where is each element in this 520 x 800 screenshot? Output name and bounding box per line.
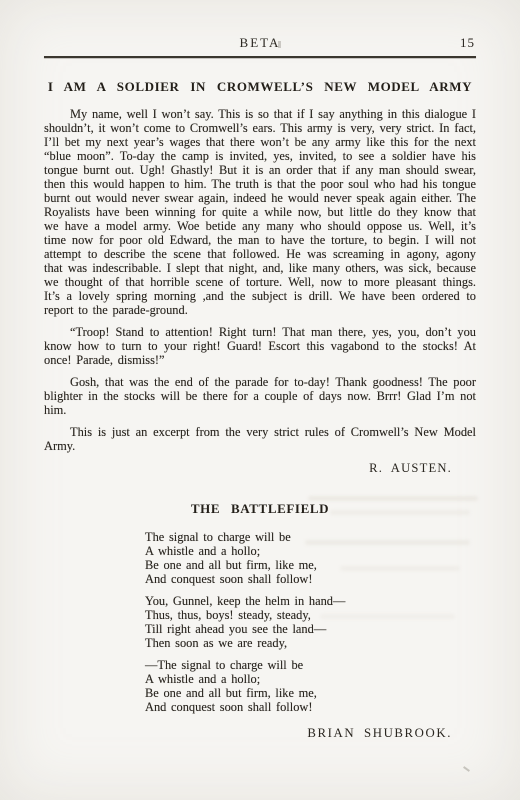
header-rule [44, 56, 476, 58]
poem-line: Be one and all but firm, like me, [145, 558, 476, 572]
poem-line: Be one and all but firm, like me, [145, 686, 476, 700]
article-paragraph-1: My name, well I won’t say. This is so th… [44, 107, 476, 317]
poem-line: And conquest soon shall follow! [145, 700, 476, 714]
article-paragraph-3: Gosh, that was the end of the parade for… [44, 375, 476, 417]
poem-line: —The signal to charge will be [145, 658, 476, 672]
article-title: I AM A SOLDIER IN CROMWELL’S NEW MODEL A… [44, 79, 476, 94]
poem-stanza-2: You, Gunnel, keep the helm in hand— Thus… [145, 594, 476, 650]
poem-line: And conquest soon shall follow! [145, 572, 476, 586]
article-byline: R. AUSTEN. [44, 461, 452, 475]
poem-line: The signal to charge will be [145, 530, 476, 544]
article-paragraph-4: This is just an excerpt from the very st… [44, 425, 476, 453]
page-content: BETA 15 I AM A SOLDIER IN CROMWELL’S NEW… [0, 0, 520, 740]
article-paragraph-2: “Troop! Stand to attention! Right turn! … [44, 325, 476, 367]
poem-byline: BRIAN SHUBROOK. [44, 726, 452, 740]
poem-line: Thus, thus, boys! steady, steady, [145, 608, 476, 622]
poem-line: A whistle and a hollo; [145, 544, 476, 558]
scan-artifact [463, 766, 470, 772]
journal-title: BETA [44, 35, 476, 50]
poem-line: Then soon as we are ready, [145, 636, 476, 650]
poem: The signal to charge will be A whistle a… [145, 530, 476, 714]
poem-line: Till right ahead you see the land— [145, 622, 476, 636]
page-header: BETA 15 [44, 0, 476, 58]
poem-line: A whistle and a hollo; [145, 672, 476, 686]
poem-stanza-3: —The signal to charge will be A whistle … [145, 658, 476, 714]
poem-stanza-1: The signal to charge will be A whistle a… [145, 530, 476, 586]
magazine-page: BETA 15 I AM A SOLDIER IN CROMWELL’S NEW… [0, 0, 520, 800]
poem-title: THE BATTLEFIELD [44, 501, 476, 516]
page-number: 15 [460, 35, 475, 50]
poem-line: You, Gunnel, keep the helm in hand— [145, 594, 476, 608]
